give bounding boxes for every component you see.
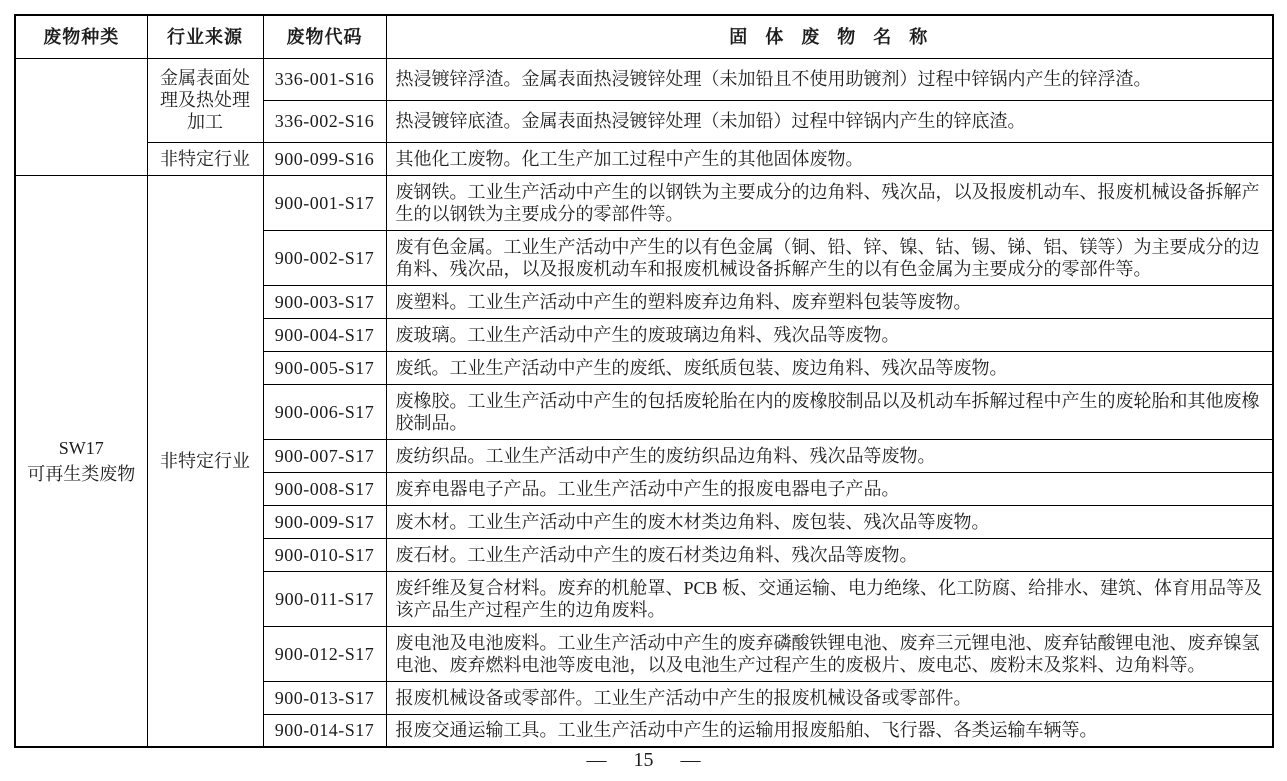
page-number: — 15 — [0, 747, 1287, 773]
waste-type-code: SW17 [20, 435, 143, 461]
waste-code-cell: 900-004-S17 [263, 318, 386, 351]
waste-code-cell: 336-001-S16 [263, 58, 386, 100]
waste-code-cell: 900-005-S17 [263, 351, 386, 384]
waste-name-cell: 废弃电器电子产品。工业生产活动中产生的报废电器电子产品。 [386, 472, 1273, 505]
waste-name-cell: 废纸。工业生产活动中产生的废纸、废纸质包装、废边角料、残次品等废物。 [386, 351, 1273, 384]
waste-name-cell: 报废交通运输工具。工业生产活动中产生的运输用报废船舶、飞行器、各类运输车辆等。 [386, 714, 1273, 747]
industry-source-cell: 非特定行业 [147, 142, 263, 175]
industry-source-cell: 金属表面处理及热处理加工 [147, 58, 263, 142]
waste-name-cell: 废纺织品。工业生产活动中产生的废纺织品边角料、残次品等废物。 [386, 439, 1273, 472]
col-header-waste-type: 废物种类 [15, 15, 147, 58]
waste-name-cell: 废玻璃。工业生产活动中产生的废玻璃边角料、残次品等废物。 [386, 318, 1273, 351]
waste-code-cell: 900-002-S17 [263, 230, 386, 285]
waste-code-cell: 900-009-S17 [263, 505, 386, 538]
waste-name-cell: 废石材。工业生产活动中产生的废石材类边角料、残次品等废物。 [386, 538, 1273, 571]
industry-source-cell: 非特定行业 [147, 175, 263, 747]
table-row: 金属表面处理及热处理加工 336-001-S16 热浸镀锌浮渣。金属表面热浸镀锌… [15, 58, 1273, 100]
waste-type-label: 可再生类废物 [20, 461, 143, 487]
table-header-row: 废物种类 行业来源 废物代码 固 体 废 物 名 称 [15, 15, 1273, 58]
table-row: 非特定行业 900-099-S16 其他化工废物。化工生产加工过程中产生的其他固… [15, 142, 1273, 175]
waste-code-cell: 900-001-S17 [263, 175, 386, 230]
waste-name-cell: 废有色金属。工业生产活动中产生的以有色金属（铜、铅、锌、镍、钴、锡、锑、铝、镁等… [386, 230, 1273, 285]
col-header-waste-code: 废物代码 [263, 15, 386, 58]
waste-name-cell: 报废机械设备或零部件。工业生产活动中产生的报废机械设备或零部件。 [386, 681, 1273, 714]
waste-name-cell: 热浸镀锌底渣。金属表面热浸镀锌处理（未加铅）过程中锌锅内产生的锌底渣。 [386, 100, 1273, 142]
waste-code-cell: 900-012-S17 [263, 626, 386, 681]
col-header-industry-source: 行业来源 [147, 15, 263, 58]
col-header-waste-name: 固 体 废 物 名 称 [386, 15, 1273, 58]
waste-code-cell: 900-013-S17 [263, 681, 386, 714]
waste-name-cell: 热浸镀锌浮渣。金属表面热浸镀锌处理（未加铅且不使用助镀剂）过程中锌锅内产生的锌浮… [386, 58, 1273, 100]
waste-type-cell-empty [15, 58, 147, 175]
table-row: SW17 可再生类废物 非特定行业 900-001-S17 废钢铁。工业生产活动… [15, 175, 1273, 230]
waste-name-cell: 废电池及电池废料。工业生产活动中产生的废弃磷酸铁锂电池、废弃三元锂电池、废弃钴酸… [386, 626, 1273, 681]
waste-type-cell-sw17: SW17 可再生类废物 [15, 175, 147, 747]
waste-code-cell: 336-002-S16 [263, 100, 386, 142]
waste-code-cell: 900-099-S16 [263, 142, 386, 175]
waste-code-cell: 900-008-S17 [263, 472, 386, 505]
solid-waste-table: 废物种类 行业来源 废物代码 固 体 废 物 名 称 金属表面处理及热处理加工 … [14, 14, 1274, 748]
waste-code-cell: 900-011-S17 [263, 571, 386, 626]
waste-name-cell: 废木材。工业生产活动中产生的废木材类边角料、废包装、残次品等废物。 [386, 505, 1273, 538]
waste-code-cell: 900-003-S17 [263, 285, 386, 318]
waste-name-cell: 废橡胶。工业生产活动中产生的包括废轮胎在内的废橡胶制品以及机动车拆解过程中产生的… [386, 384, 1273, 439]
waste-code-cell: 900-014-S17 [263, 714, 386, 747]
waste-name-cell: 废钢铁。工业生产活动中产生的以钢铁为主要成分的边角料、残次品，以及报废机动车、报… [386, 175, 1273, 230]
waste-code-cell: 900-006-S17 [263, 384, 386, 439]
waste-code-cell: 900-007-S17 [263, 439, 386, 472]
waste-name-cell: 其他化工废物。化工生产加工过程中产生的其他固体废物。 [386, 142, 1273, 175]
waste-name-cell: 废塑料。工业生产活动中产生的塑料废弃边角料、废弃塑料包装等废物。 [386, 285, 1273, 318]
waste-code-cell: 900-010-S17 [263, 538, 386, 571]
waste-name-cell: 废纤维及复合材料。废弃的机舱罩、PCB 板、交通运输、电力绝缘、化工防腐、给排水… [386, 571, 1273, 626]
